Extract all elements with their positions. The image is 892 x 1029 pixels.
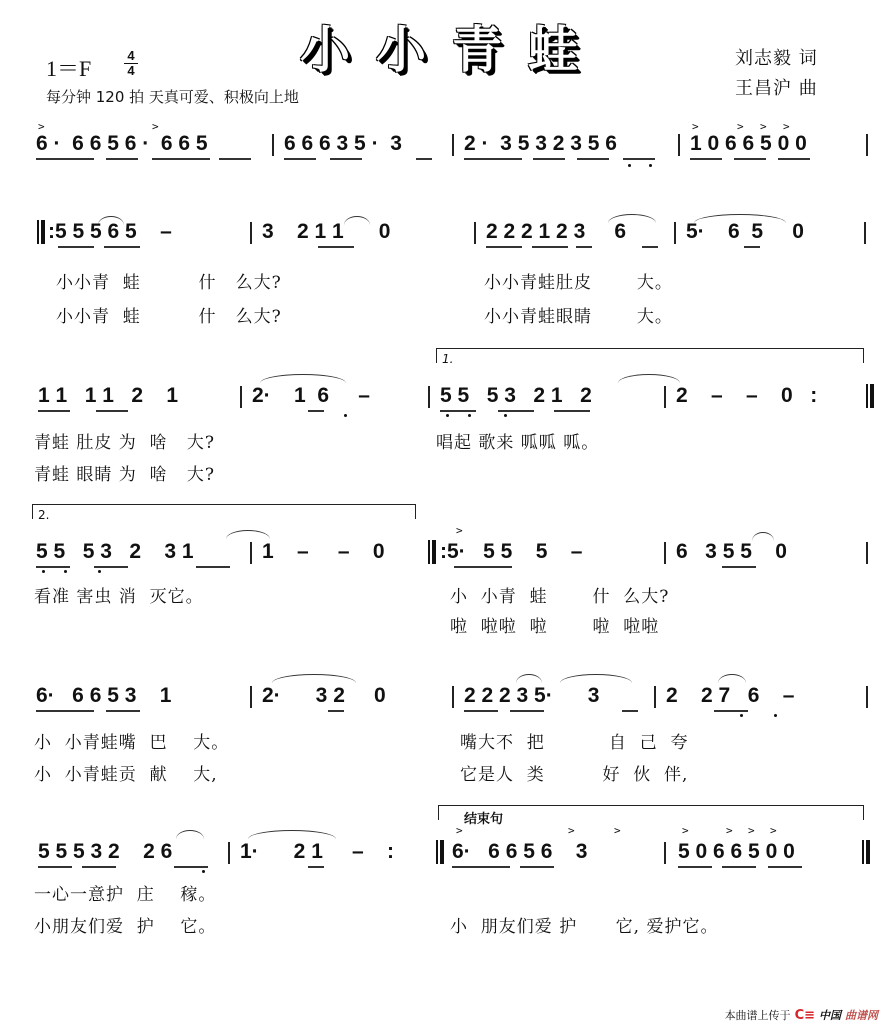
accent-mark: > [456,524,463,537]
lyric-line: 一心一意护 庄 稼。 [34,880,216,905]
barline [678,134,680,156]
slur [226,530,270,539]
volta-label: 2. [38,508,49,522]
repeat-start [428,540,436,564]
barline [664,386,666,408]
notation-measure: 6 3 5 5 0 [676,540,787,564]
slur [176,830,204,839]
notation-measure: 5 0 6 6 5 0 0 [678,840,795,864]
barline [654,686,656,708]
accent-mark: > [456,824,463,837]
slur [694,214,786,223]
barline [664,542,666,564]
lyric-line: 嘴大不 把 自 己 夸 [460,728,688,753]
watermark: 本曲谱上传于 C≡ 中国曲谱网 [725,1007,878,1023]
notation-measure: 6· 6 6 5 6 3 [452,840,587,864]
tempo-expression: 每分钟 120 拍 天真可爱、积极向上地 [46,86,299,107]
notation-measure: 1· 2 1 – : [240,840,394,864]
site-name-part2: 曲谱网 [845,1007,878,1023]
slur [248,830,336,839]
barline [452,134,454,156]
notation-measure: 2 – – 0 : [676,384,817,408]
lyric-line: 小小青蛙眼睛 大。 [484,302,673,327]
lyric-line: 小 朋友们爱 护 它, 爱护它。 [450,912,718,937]
notation-measure: 5· 6 5 0 [686,220,804,244]
repeat-end [866,384,874,408]
notation-measure: 2 2 2 3 5· 3 [464,684,599,708]
notation-measure: 2· 1 6 – [252,384,370,408]
accent-mark: > [726,824,733,837]
notation-measure: 5 5 5 3 2 3 1 [36,540,194,564]
notation-measure: 6 6 6 3 5 · 3 [284,132,402,156]
lyric-line: 小朋友们爱 护 它。 [34,912,216,937]
slur [560,674,632,683]
repeat-end [436,840,444,864]
notation-measure: 3 2 1 1 0 [262,220,390,244]
score-row-3: 1 1 1 1 2 1 2· 1 6 – 5 5 5 3 2 1 2 2 – –… [0,380,892,420]
barline [240,386,242,408]
slur [260,374,346,383]
barline [866,542,868,564]
lyric-line: 它是人 类 好 伙 伴, [460,760,688,785]
slur [718,674,746,683]
notation-measure: 2 2 2 1 2 3 6 [486,220,626,244]
volta-bracket-1 [436,348,864,363]
lyric-line: 小 小青蛙嘴 巴 大。 [34,728,229,753]
lyricist-credit: 刘志毅 词 [735,44,818,70]
lyric-line: 小 小青蛙贡 献 大, [34,760,218,785]
lyric-line: 小小青蛙肚皮 大。 [484,268,673,293]
score-row-4: 5 5 5 3 2 3 1 1 – – 0 :5· 5 5 5 – > 6 3 … [0,536,892,576]
lyric-line: 小小青 蛙 什 么大? [56,302,282,327]
accent-mark: > [614,824,621,837]
barline [250,542,252,564]
barline [866,686,868,708]
lyric-line: 小小青 蛙 什 么大? [56,268,282,293]
score-row-2: :5 5 5 6 5 – 3 2 1 1 0 2 2 2 1 2 3 6 5· … [0,216,892,256]
barline [250,686,252,708]
volta-label: 结束句 [464,808,503,827]
accent-mark: > [568,824,575,837]
lyric-line: 看准 害虫 消 灭它。 [34,582,204,607]
composer-credit: 王昌沪 曲 [735,74,818,100]
lyric-line: 青蛙 肚皮 为 啥 大? [34,428,215,453]
repeat-start [37,220,45,244]
site-name-part1: 中国 [819,1007,841,1023]
notation-measure: 1 0 6 6 5 0 0 [690,132,807,156]
notation-measure: :5· 5 5 5 – [440,540,582,564]
slur [516,674,542,683]
lyric-line: 青蛙 眼睛 为 啥 大? [34,460,215,485]
slur [98,216,124,225]
barline [474,222,476,244]
barline [228,842,230,864]
barline [452,686,454,708]
score-row-5: 6· 6 6 5 3 1 2· 3 2 0 2 2 2 3 5· 3 2 2 7… [0,680,892,720]
lyric-line: 唱起 歌来 呱呱 呱。 [436,428,599,453]
slur [608,214,656,223]
accent-mark: > [748,824,755,837]
lyric-line: 小 小青 蛙 什 么大? [450,582,669,607]
notation-measure: 2· 3 2 0 [262,684,386,708]
barline [864,222,866,244]
barline [428,386,430,408]
notation-measure: 2 · 3 5 3 2 3 5 6 [464,132,617,156]
notation-measure: 2 2 7 6 – [666,684,794,708]
site-logo-icon: C≡ [795,1008,815,1023]
key-signature: 1＝F [46,52,91,83]
slur [344,216,370,225]
barline [664,842,666,864]
watermark-prefix: 本曲谱上传于 [725,1007,791,1023]
score-row-1: > > > > > > 6 · 6 6 5 6 · 6 6 5 6 6 6 3 … [0,118,892,158]
slur [618,374,680,383]
lyric-line: 啦 啦啦 啦 啦 啦啦 [450,612,659,637]
barline [674,222,676,244]
time-signature: 4 4 [124,50,138,77]
barline [866,134,868,156]
final-barline [862,840,870,864]
volta-label: 1. [442,352,453,366]
volta-bracket-2 [32,504,416,519]
notation-measure: 5 5 5 3 2 1 2 [440,384,592,408]
barline [272,134,274,156]
score-row-6: 5 5 5 3 2 2 6 1· 2 1 – : 6· 6 6 5 6 3 > … [0,836,892,876]
notation-measure: 5 5 5 3 2 2 6 [38,840,172,864]
accent-mark: > [770,824,777,837]
time-signature-bottom: 4 [124,65,138,77]
notation-measure: 1 1 1 1 2 1 [38,384,178,408]
accent-mark: > [682,824,689,837]
notation-measure: 6 · 6 6 5 6 · 6 6 5 [36,132,208,156]
notation-measure: 1 – – 0 [262,540,385,564]
slur [752,532,774,541]
song-title: 小小青蛙 [300,10,604,82]
time-signature-top: 4 [124,50,138,62]
slur [272,674,356,683]
barline [250,222,252,244]
notation-measure: 6· 6 6 5 3 1 [36,684,171,708]
